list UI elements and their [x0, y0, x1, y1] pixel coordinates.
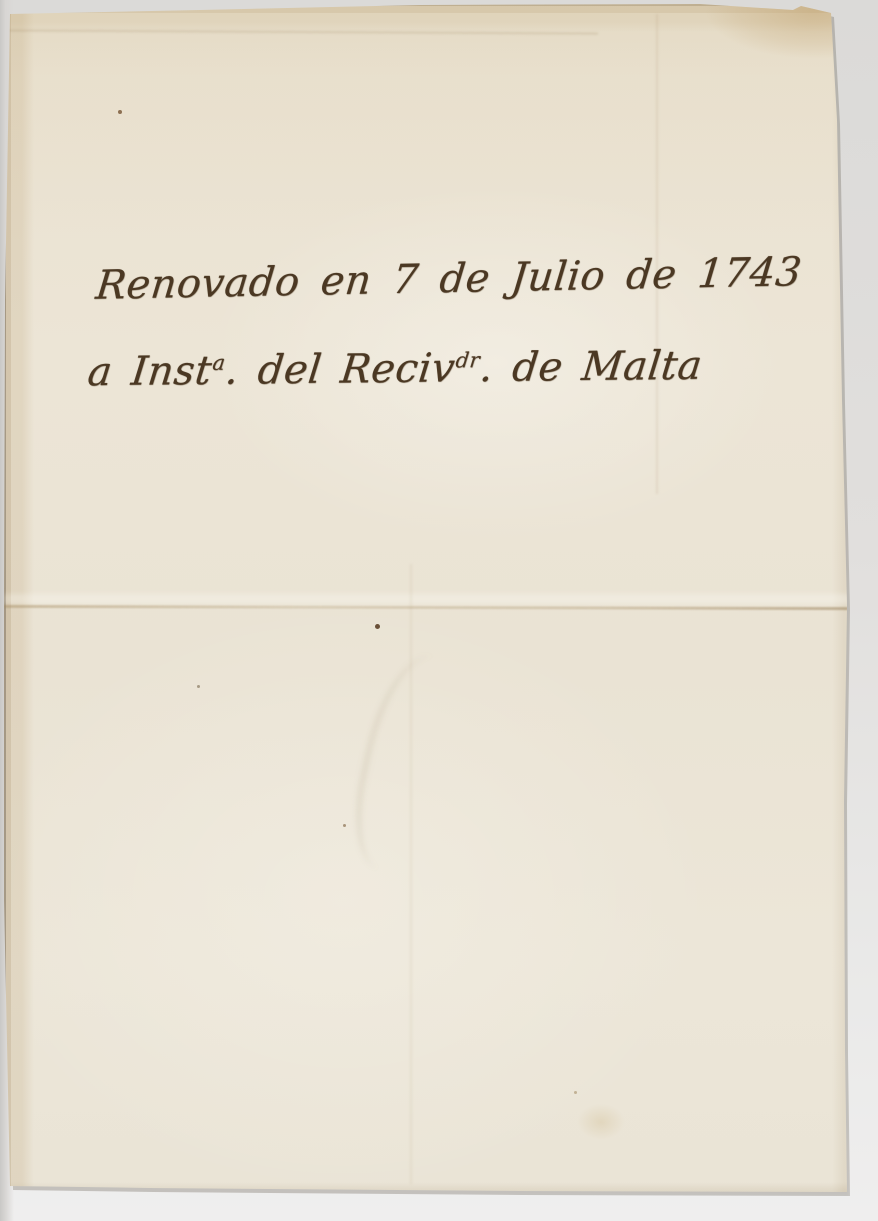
- horizontal-fold-highlight: [4, 594, 852, 604]
- handwriting-text: Renovado en 7 de Julio de 1743: [94, 249, 804, 309]
- photo-backdrop: Renovado en 7 de Julio de 1743 a Insta. …: [0, 0, 878, 1221]
- paper-top-right-corner-stain: [682, 4, 852, 84]
- handwriting-text: . del Reciv: [223, 345, 457, 393]
- foxing-spot: [197, 685, 200, 688]
- foxing-spot: [343, 824, 346, 827]
- foxing-spot: [375, 624, 380, 629]
- handwriting-text: . de Malta: [478, 343, 705, 391]
- foxing-spot: [118, 110, 122, 114]
- faint-stain: [577, 1104, 625, 1140]
- manuscript-page: Renovado en 7 de Julio de 1743 a Insta. …: [4, 4, 852, 1198]
- handwritten-line-1: Renovado en 7 de Julio de 1743: [94, 249, 804, 309]
- ink-showthrough-ghost: [342, 646, 482, 881]
- handwriting-text: a Inst: [85, 348, 214, 395]
- horizontal-fold-crease: [4, 605, 852, 610]
- handwritten-line-2: a Insta. del Recivdr. de Malta: [85, 343, 704, 395]
- foxing-spot: [574, 1091, 577, 1094]
- handwriting-superscript: dr: [455, 348, 482, 372]
